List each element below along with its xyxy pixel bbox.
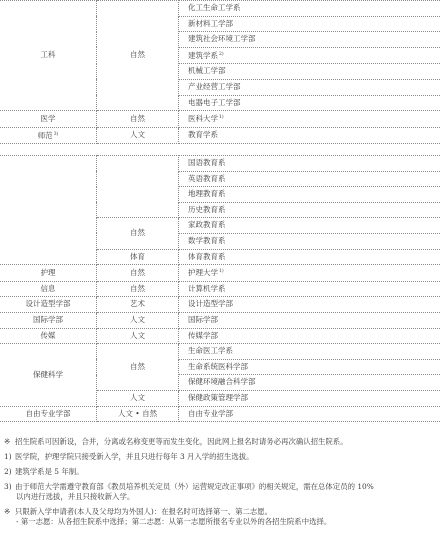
- footnote-mark: 1): [219, 115, 224, 120]
- department-cell: 化工生命工学系: [179, 1, 441, 17]
- note-text: 建筑学系是 5 年制。: [15, 467, 84, 476]
- admissions-table-part2: 国语教育系 英语教育系 地理教育系 历史教育系 自然 家政教育系 数学教育系 体…: [0, 155, 440, 422]
- table-row: 自由专业学部 人文 • 自然 自由专业学部: [0, 406, 440, 422]
- track-cell: 人文: [97, 312, 179, 328]
- department-cell: 自由专业学部: [179, 406, 441, 422]
- track-cell: 人文: [97, 127, 179, 144]
- department-cell: 医科大学1): [179, 111, 441, 128]
- track-cell: 自然: [97, 344, 179, 391]
- field-cell: 设计造型学部: [0, 297, 97, 313]
- admissions-table-part1: 工科 自然 化工生命工学系 新材料工学部 建筑社会环境工学部 建筑学系2) 机械…: [0, 0, 440, 144]
- field-cell: 医学: [0, 111, 97, 128]
- track-cell: 自然: [97, 218, 179, 249]
- department-cell: 国语教育系: [179, 156, 441, 172]
- note-marker: 1): [4, 452, 15, 462]
- footnote-mark: 1): [219, 269, 224, 274]
- department-cell: 护理大学1): [179, 265, 441, 282]
- table-row: 护理 自然 护理大学1): [0, 265, 440, 282]
- field-cell: 传媒: [0, 328, 97, 344]
- footnotes: ※招生院系可因新设，合并，分离或名称变更等而发生变化，因此网上报名时请务必再次确…: [4, 437, 440, 532]
- track-cell: 自然: [97, 111, 179, 128]
- note-marker: ※: [4, 507, 15, 517]
- note-marker: 2): [4, 467, 15, 477]
- department-cell: 电器电子工学部: [179, 95, 441, 111]
- department-cell: 国际学部: [179, 312, 441, 328]
- track-cell: 自然: [97, 1, 179, 111]
- field-name: 师范: [38, 131, 53, 140]
- field-cell: 信息: [0, 281, 97, 297]
- department-cell: 历史教育系: [179, 202, 441, 218]
- note-text: 医学院，护理学院只接受新入学，并且只进行每年 3 月入学的招生选拔。: [15, 452, 254, 461]
- table-row: 信息 自然 计算机学系: [0, 281, 440, 297]
- field-cell: 自由专业学部: [0, 406, 97, 422]
- field-cell: [0, 156, 97, 265]
- track-cell: 人文 • 自然: [97, 406, 179, 422]
- department-name: 医科大学: [188, 114, 218, 123]
- note-choice: ※只限新入学申请者(本人及父母均为外国人)：在报名时可选择第一、第二志愿。 - …: [4, 507, 440, 527]
- note-text-continued: - 第一志愿：从各招生院系中选择；第二志愿：从第一志愿所报名专业以外的各招生院系…: [4, 517, 440, 527]
- note-text: 由于师范大学需遵守教育部《教员培养机关定员（外）运营规定改正事项》的相关规定，需…: [15, 482, 374, 491]
- department-name: 建筑学系: [188, 51, 218, 60]
- department-cell: 生命系统医科学部: [179, 359, 441, 375]
- department-cell: 传媒学部: [179, 328, 441, 344]
- department-cell: 设计造型学部: [179, 297, 441, 313]
- department-cell: 建筑社会环境工学部: [179, 32, 441, 48]
- footnote-mark: 2): [219, 52, 224, 57]
- table-row: 国语教育系: [0, 156, 440, 172]
- note-marker: 3): [4, 482, 15, 492]
- department-cell: 保健政策管理学部: [179, 390, 441, 406]
- field-cell: 师范3): [0, 127, 97, 144]
- table-row: 师范3) 人文 教育学系: [0, 127, 440, 144]
- table-row: 传媒 人文 传媒学部: [0, 328, 440, 344]
- table-row: 医学 自然 医科大学1): [0, 111, 440, 128]
- department-cell: 机械工学部: [179, 64, 441, 80]
- note-marker: ※: [4, 437, 15, 447]
- note-text: 招生院系可因新设，合并，分离或名称变更等而发生变化，因此网上报名时请务必再次确认…: [15, 437, 348, 446]
- note-3: 3)由于师范大学需遵守教育部《教员培养机关定员（外）运营规定改正事项》的相关规定…: [4, 482, 440, 502]
- department-cell: 地理教育系: [179, 187, 441, 203]
- table-row: 保健科学 自然 生命医工学系: [0, 344, 440, 360]
- department-cell: 建筑学系2): [179, 47, 441, 64]
- field-cell: 国际学部: [0, 312, 97, 328]
- department-name: 护理大学: [188, 268, 218, 277]
- table-row: 设计造型学部 艺术 设计造型学部: [0, 297, 440, 313]
- department-cell: 数学教育系: [179, 233, 441, 249]
- footnote-mark: 3): [54, 132, 59, 137]
- department-cell: 家政教育系: [179, 218, 441, 234]
- department-cell: 计算机学系: [179, 281, 441, 297]
- department-cell: 生命医工学系: [179, 344, 441, 360]
- track-cell: 人文: [97, 390, 179, 406]
- note-text-continued: 以内进行选拔，并且只接收新入学。: [4, 492, 440, 502]
- track-cell: 人文: [97, 328, 179, 344]
- track-cell: 体育: [97, 249, 179, 265]
- track-cell: 自然: [97, 265, 179, 282]
- field-cell: 护理: [0, 265, 97, 282]
- note-general: ※招生院系可因新设，合并，分离或名称变更等而发生变化，因此网上报名时请务必再次确…: [4, 437, 440, 447]
- department-cell: 产业经营工学部: [179, 79, 441, 95]
- department-cell: 体育教育系: [179, 249, 441, 265]
- table-row: 国际学部 人文 国际学部: [0, 312, 440, 328]
- department-cell: 保健环境融合科学部: [179, 375, 441, 391]
- department-cell: 新材料工学部: [179, 16, 441, 32]
- note-1: 1)医学院，护理学院只接受新入学，并且只进行每年 3 月入学的招生选拔。: [4, 452, 440, 462]
- department-cell: 教育学系: [179, 127, 441, 144]
- table-row: 工科 自然 化工生命工学系: [0, 1, 440, 17]
- track-cell: 艺术: [97, 297, 179, 313]
- field-cell: 保健科学: [0, 344, 97, 406]
- department-cell: 英语教育系: [179, 171, 441, 187]
- track-cell: [97, 156, 179, 218]
- track-cell: 自然: [97, 281, 179, 297]
- note-2: 2)建筑学系是 5 年制。: [4, 467, 440, 477]
- field-cell: 工科: [0, 1, 97, 111]
- note-text: 只限新入学申请者(本人及父母均为外国人)：在报名时可选择第一、第二志愿。: [15, 507, 272, 516]
